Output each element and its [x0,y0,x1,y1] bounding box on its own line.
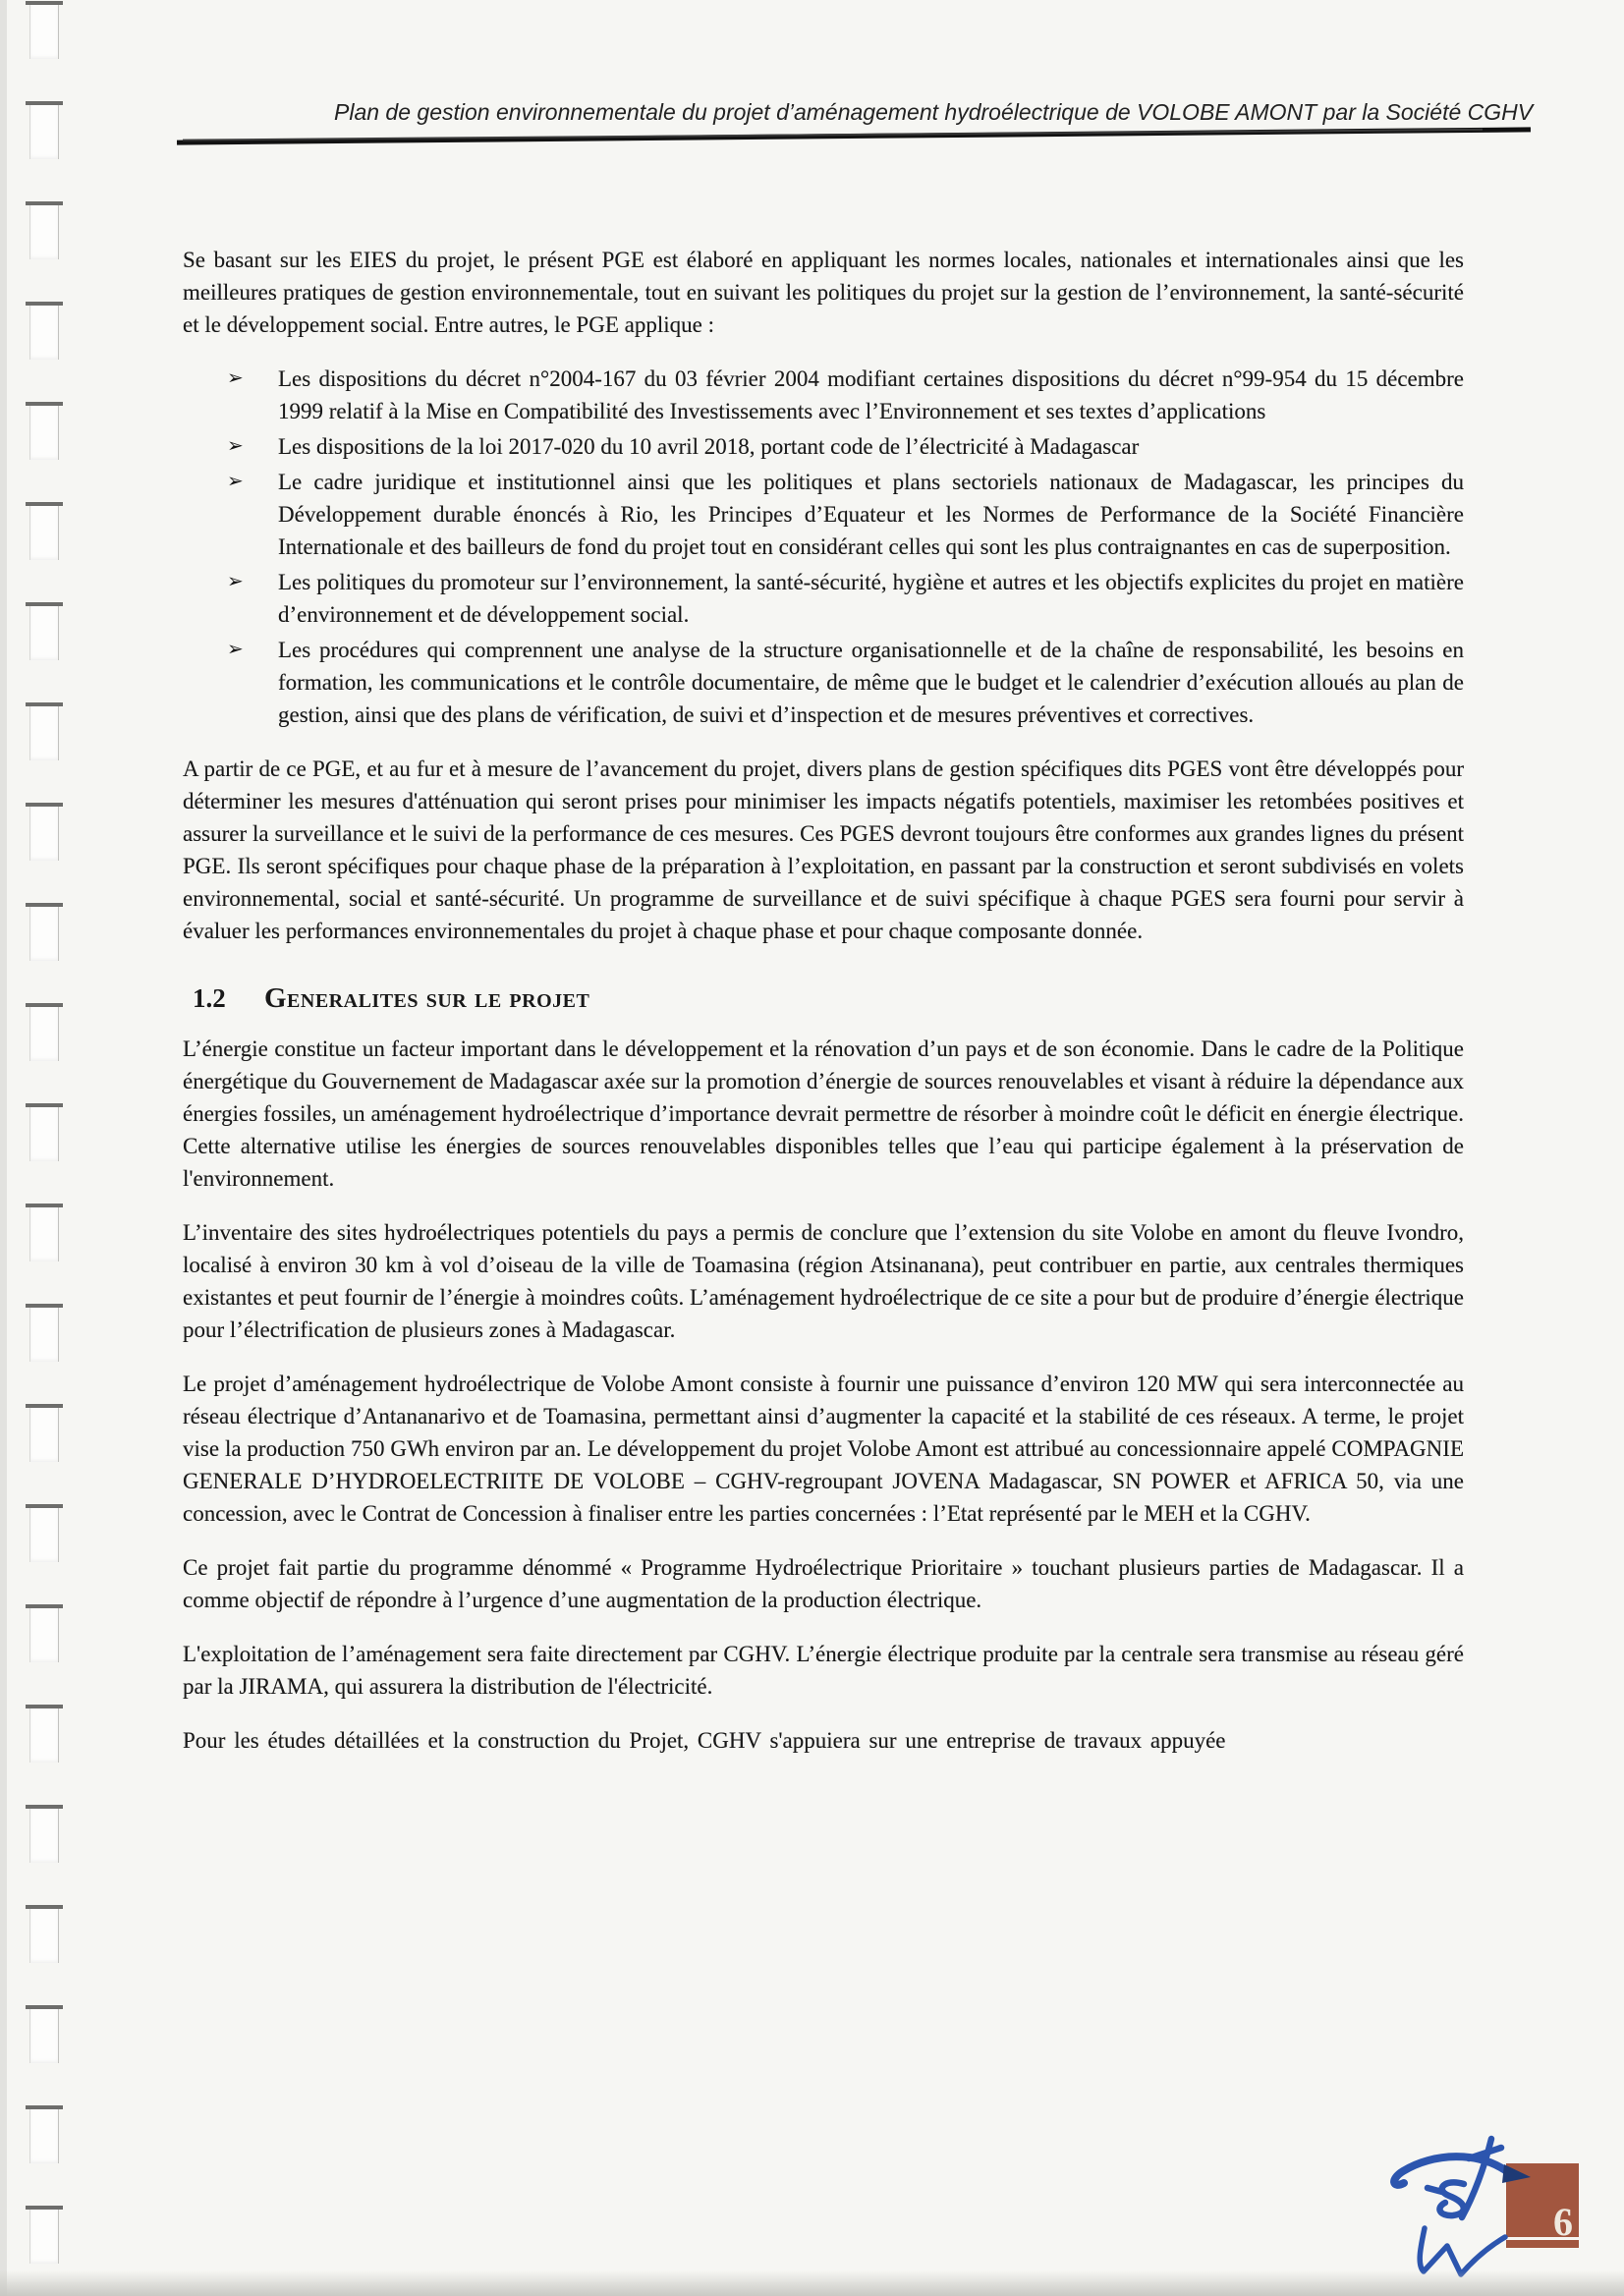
binder-hole [29,104,59,159]
binder-hole [29,2008,59,2063]
binder-hole [29,1908,59,1963]
arrow-bullet-icon: ➢ [227,569,278,634]
binder-hole [29,1808,59,1863]
binder-hole [29,1407,59,1462]
section-number: 1.2 [193,983,264,1014]
binder-hole [29,4,59,59]
scanned-page: Plan de gestion environnementale du proj… [0,0,1624,2296]
bullet-item: ➢ Les politiques du promoteur sur l’envi… [183,566,1464,631]
arrow-bullet-icon: ➢ [227,365,278,430]
page-header: Plan de gestion environnementale du proj… [177,98,1531,139]
binder-hole [29,204,59,259]
binder-hole [29,2209,59,2264]
body-paragraph: Ce projet fait partie du programme dénom… [183,1551,1464,1616]
binder-hole [29,1607,59,1662]
body-paragraph: Pour les études détaillées et la constru… [183,1724,1464,1757]
scan-left-edge [0,0,7,2296]
signature-icon [1371,2127,1596,2289]
binder-hole [29,2108,59,2163]
bullet-item: ➢ Les dispositions du décret n°2004-167 … [183,363,1464,427]
running-header-title: Plan de gestion environnementale du proj… [177,98,1531,127]
section-heading: 1.2 Generalites sur le projet [183,982,1464,1015]
binder-hole [29,1307,59,1362]
section-title: Generalites sur le projet [264,982,589,1015]
body-paragraph: L’énergie constitue un facteur important… [183,1033,1464,1195]
binder-hole [29,305,59,360]
scan-bottom-edge [0,2270,1624,2296]
header-rule [177,127,1531,144]
bullet-text: Les dispositions de la loi 2017-020 du 1… [278,430,1464,463]
bullet-text: Les politiques du promoteur sur l’enviro… [278,566,1464,631]
bullet-text: Le cadre juridique et institutionnel ain… [278,466,1464,563]
binder-hole [29,1507,59,1562]
body-paragraph: L’inventaire des sites hydroélectriques … [183,1216,1464,1346]
binder-hole [29,405,59,460]
intro-paragraph: Se basant sur les EIES du projet, le pré… [183,244,1464,341]
binder-hole [29,505,59,560]
bullet-text: Les dispositions du décret n°2004-167 du… [278,363,1464,427]
arrow-bullet-icon: ➢ [227,469,278,566]
binder-hole [29,806,59,861]
bullet-text: Les procédures qui comprennent une analy… [278,634,1464,731]
arrow-bullet-icon: ➢ [227,433,278,466]
bullet-item: ➢ Les dispositions de la loi 2017-020 du… [183,430,1464,463]
body-paragraph: L'exploitation de l’aménagement sera fai… [183,1638,1464,1703]
binder-holes [29,4,59,2264]
arrow-bullet-icon: ➢ [227,637,278,734]
binder-hole [29,906,59,961]
bullet-item: ➢ Les procédures qui comprennent une ana… [183,634,1464,731]
binder-hole [29,705,59,760]
binder-hole [29,1206,59,1261]
pges-paragraph: A partir de ce PGE, et au fur et à mesur… [183,753,1464,947]
bullet-list: ➢ Les dispositions du décret n°2004-167 … [183,363,1464,731]
bullet-item: ➢ Le cadre juridique et institutionnel a… [183,466,1464,563]
binder-hole [29,1708,59,1763]
document-body: Se basant sur les EIES du projet, le pré… [183,244,1464,1778]
binder-hole [29,1006,59,1061]
binder-hole [29,1106,59,1161]
binder-hole [29,605,59,660]
body-paragraph: Le projet d’aménagement hydroélectrique … [183,1368,1464,1530]
